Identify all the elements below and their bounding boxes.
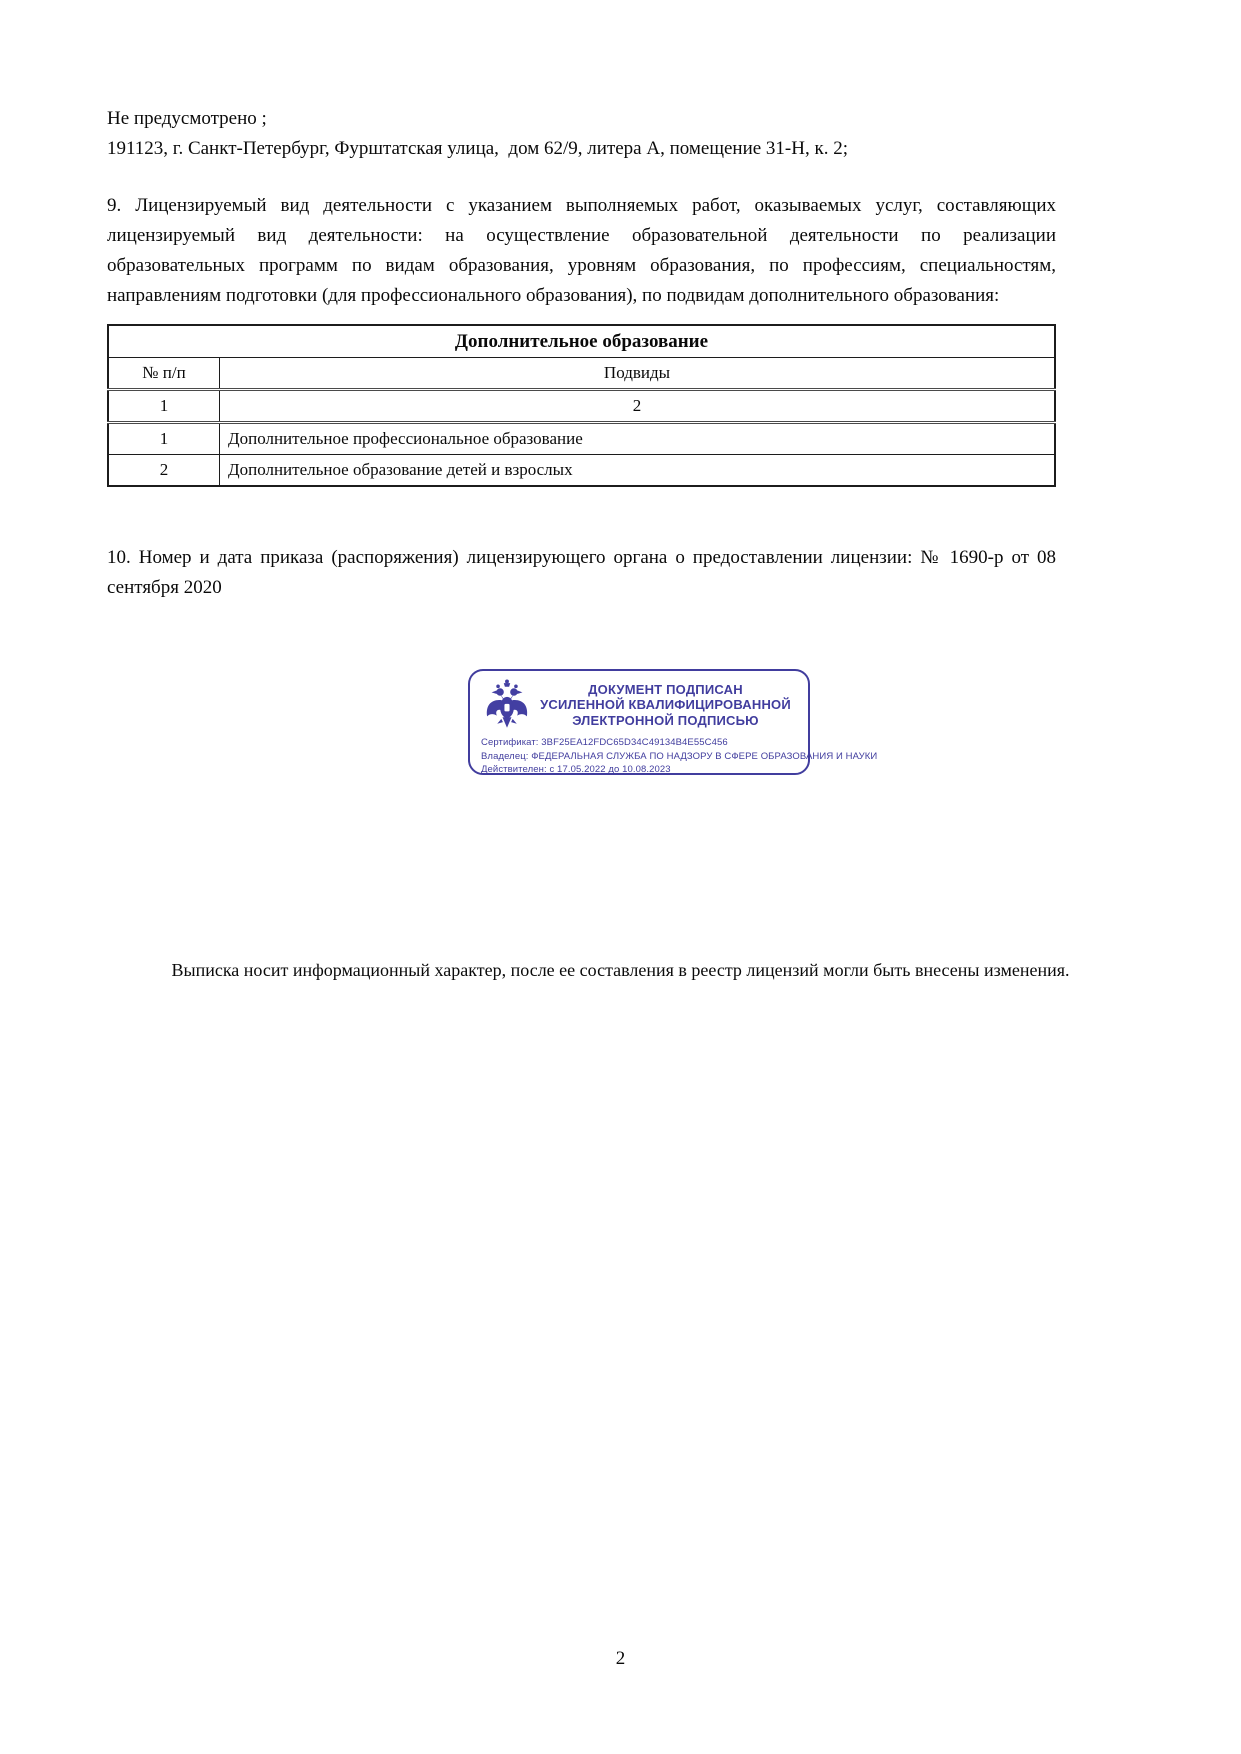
table-column-header-row: № п/п Подвиды	[108, 358, 1055, 390]
stamp-validity-line: Действителен: с 17.05.2022 до 10.08.2023	[481, 763, 798, 777]
address-line: 191123, г. Санкт-Петербург, Фурштатская …	[107, 134, 1056, 164]
owner-label: Владелец:	[481, 751, 528, 762]
column-header-subtypes: Подвиды	[220, 358, 1056, 390]
stamp-details: Сертификат: 3BF25EA12FDC65D34C49134B4E55…	[481, 736, 798, 777]
row-value: Дополнительное образование детей и взрос…	[220, 455, 1056, 487]
validity-label: Действителен:	[481, 764, 547, 775]
column-number-2: 2	[220, 390, 1056, 423]
column-header-num: № п/п	[108, 358, 220, 390]
row-number: 1	[108, 423, 220, 455]
document-content: Не предусмотрено ; 191123, г. Санкт-Пете…	[107, 104, 1056, 775]
not-provided-line: Не предусмотрено ;	[107, 104, 1056, 134]
stamp-title-line-1: ДОКУМЕНТ ПОДПИСАН	[533, 682, 798, 698]
stamp-title-line-3: ЭЛЕКТРОННОЙ ПОДПИСЬЮ	[533, 713, 798, 729]
table-column-number-row: 1 2	[108, 390, 1055, 423]
certificate-value: 3BF25EA12FDC65D34C49134B4E55C456	[541, 737, 727, 748]
additional-education-table: Дополнительное образование № п/п Подвиды…	[107, 324, 1056, 487]
owner-value: ФЕДЕРАЛЬНАЯ СЛУЖБА ПО НАДЗОРУ В СФЕРЕ ОБ…	[531, 751, 877, 762]
info-note: Выписка носит информационный характер, п…	[0, 957, 1241, 983]
row-value: Дополнительное профессиональное образова…	[220, 423, 1056, 455]
stamp-title: ДОКУМЕНТ ПОДПИСАН УСИЛЕННОЙ КВАЛИФИЦИРОВ…	[533, 682, 798, 729]
stamp-owner-line: Владелец: ФЕДЕРАЛЬНАЯ СЛУЖБА ПО НАДЗОРУ …	[481, 750, 798, 764]
electronic-signature-stamp: ДОКУМЕНТ ПОДПИСАН УСИЛЕННОЙ КВАЛИФИЦИРОВ…	[468, 669, 810, 775]
column-number-1: 1	[108, 390, 220, 423]
validity-value: с 17.05.2022 до 10.08.2023	[549, 764, 670, 775]
stamp-title-line-2: УСИЛЕННОЙ КВАЛИФИЦИРОВАННОЙ	[533, 697, 798, 713]
document-page: Не предусмотрено ; 191123, г. Санкт-Пете…	[0, 0, 1241, 1754]
stamp-header: ДОКУМЕНТ ПОДПИСАН УСИЛЕННОЙ КВАЛИФИЦИРОВ…	[481, 678, 798, 732]
table-title-row: Дополнительное образование	[108, 325, 1055, 358]
table-row: 1 Дополнительное профессиональное образо…	[108, 423, 1055, 455]
stamp-certificate-line: Сертификат: 3BF25EA12FDC65D34C49134B4E55…	[481, 736, 798, 750]
table-title: Дополнительное образование	[108, 325, 1055, 358]
table-row: 2 Дополнительное образование детей и взр…	[108, 455, 1055, 487]
russian-coat-of-arms-icon	[481, 678, 533, 732]
section-9-paragraph: 9. Лицензируемый вид деятельности с указ…	[107, 191, 1056, 311]
row-number: 2	[108, 455, 220, 487]
section-10-paragraph: 10. Номер и дата приказа (распоряжения) …	[107, 543, 1056, 603]
page-number: 2	[0, 1648, 1241, 1670]
certificate-label: Сертификат:	[481, 737, 539, 748]
